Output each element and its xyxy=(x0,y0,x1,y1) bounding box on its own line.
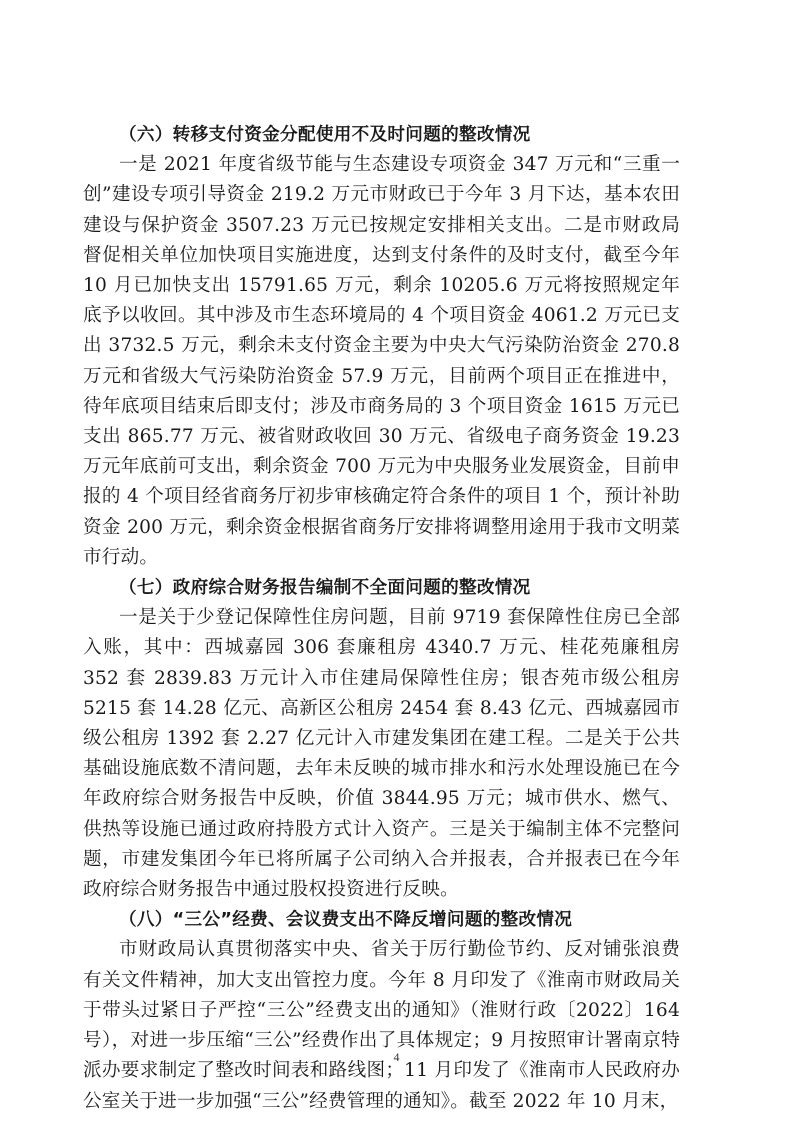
page-number: 4 xyxy=(0,1050,793,1065)
document-page: （六）转移支付资金分配使用不及时问题的整改情况 一是 2021 年度省级节能与生… xyxy=(0,0,793,1122)
section-heading-8: （八）“三公”经费、会议费支出不降反增问题的整改情况 xyxy=(83,905,680,935)
section-6-paragraph: 一是 2021 年度省级节能与生态建设专项资金 347 万元和“三重一创”建设专… xyxy=(83,150,680,573)
section-heading-6: （六）转移支付资金分配使用不及时问题的整改情况 xyxy=(83,120,680,150)
section-heading-7: （七）政府综合财务报告编制不全面问题的整改情况 xyxy=(83,573,680,603)
document-body: （六）转移支付资金分配使用不及时问题的整改情况 一是 2021 年度省级节能与生… xyxy=(83,120,680,1117)
section-7-paragraph: 一是关于少登记保障性住房问题，目前 9719 套保障性住房已全部入账，其中：西城… xyxy=(83,603,680,905)
section-8-paragraph: 市财政局认真贯彻落实中央、省关于厉行勤俭节约、反对铺张浪费有关文件精神，加大支出… xyxy=(83,935,680,1116)
